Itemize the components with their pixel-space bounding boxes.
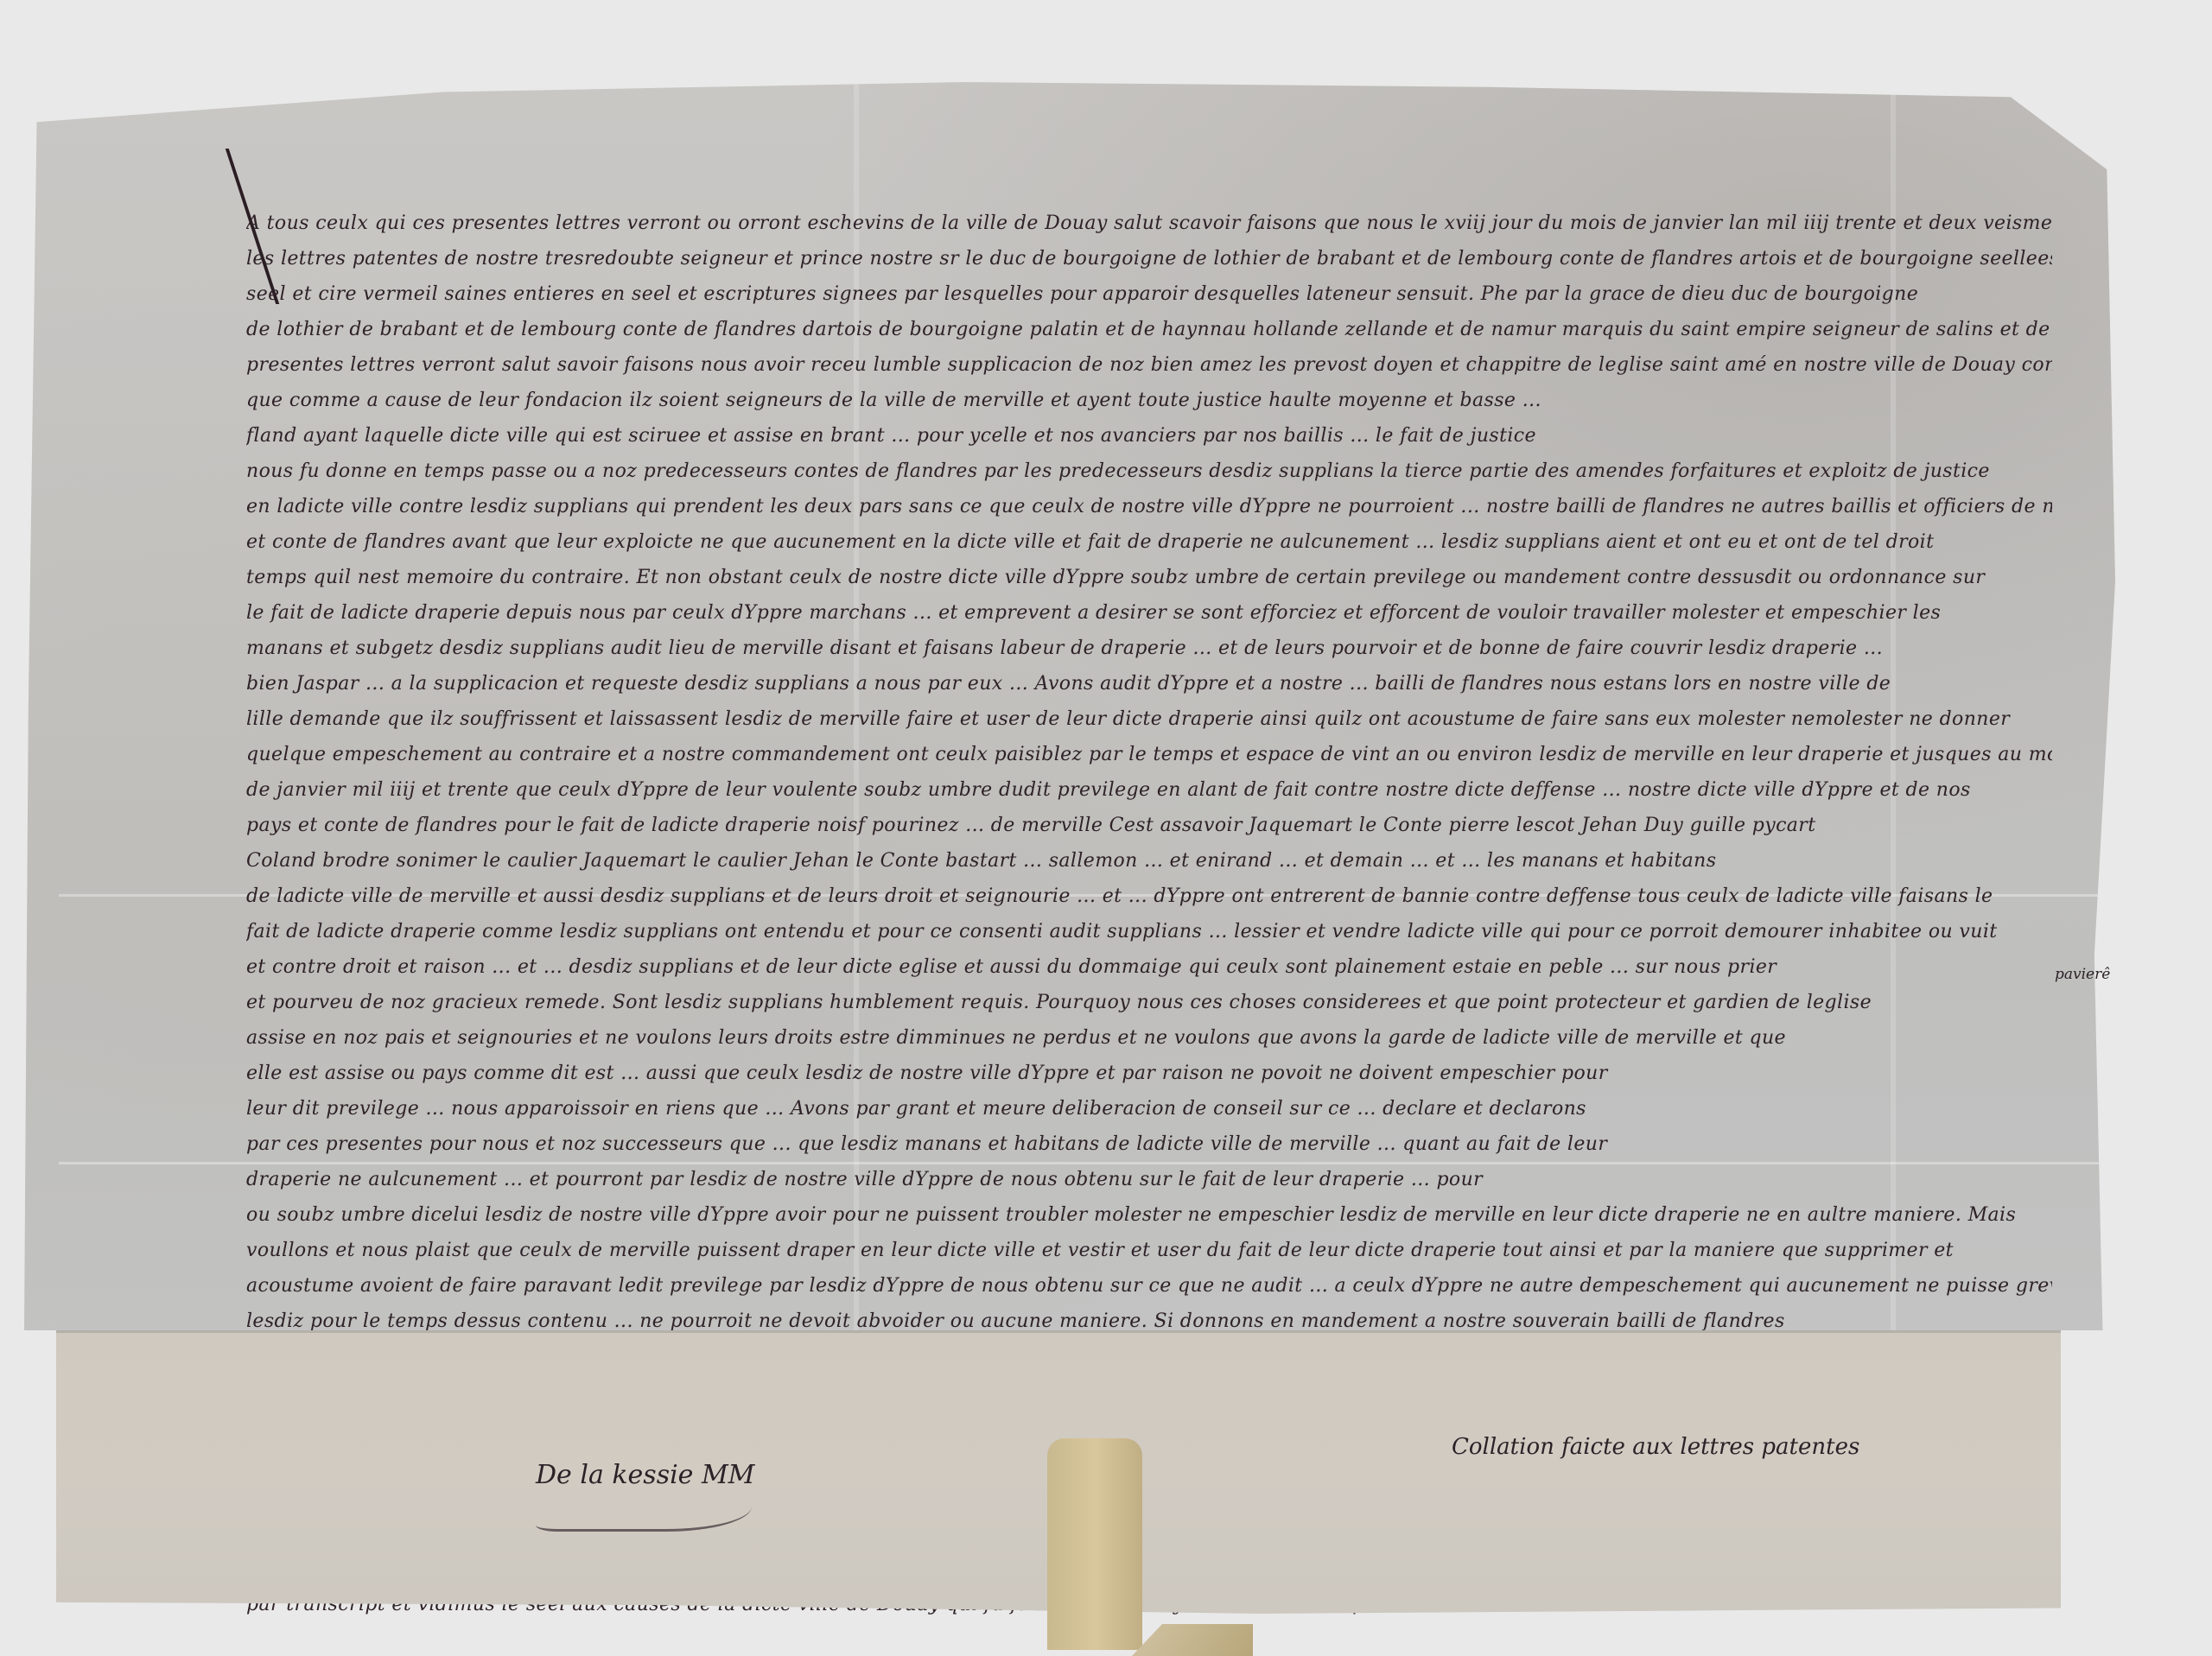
text-line: que comme a cause de leur fondacion ilz …	[246, 383, 2052, 418]
text-line: fait de ladicte draperie comme lesdiz su…	[246, 914, 2052, 949]
text-line: draperie ne aulcunement ... et pourront …	[246, 1162, 2052, 1197]
text-line: leur dit previlege ... nous apparoissoir…	[246, 1091, 2052, 1126]
text-line: voullons et nous plaist que ceulx de mer…	[246, 1233, 2052, 1268]
text-line: manans et subgetz desdiz supplians audit…	[246, 631, 2052, 666]
text-line: bien Jaspar ... a la supplicacion et req…	[246, 666, 2052, 701]
text-line: et conte de flandres avant que leur expl…	[246, 524, 2052, 560]
text-line: de janvier mil iiij et trente que ceulx …	[246, 772, 2052, 808]
text-line: Coland brodre sonimer le caulier Jaquema…	[246, 843, 2052, 879]
text-line: fland ayant laquelle dicte ville qui est…	[246, 418, 2052, 454]
seal-tag-strip	[1047, 1438, 1142, 1650]
text-line: seel et cire vermeil saines entieres en …	[246, 276, 2052, 312]
text-line: et contre droit et raison ... et ... des…	[246, 949, 2052, 985]
text-line: ou soubz umbre dicelui lesdiz de nostre …	[246, 1197, 2052, 1233]
signature-flourish	[536, 1469, 752, 1532]
text-line: les lettres patentes de nostre tresredou…	[246, 241, 2052, 276]
seal-tag-fold	[1132, 1624, 1253, 1656]
collation-note: Collation faicte aux lettres patentes	[1452, 1434, 1859, 1460]
right-margin-annotation: pavierê	[2055, 966, 2110, 983]
text-line: A tous ceulx qui ces presentes lettres v…	[246, 206, 2052, 241]
text-line: de ladicte ville de merville et aussi de…	[246, 879, 2052, 914]
text-line: acoustume avoient de faire paravant ledi…	[246, 1268, 2052, 1304]
text-line: pays et conte de flandres pour le fait d…	[246, 808, 2052, 843]
text-line: assise en noz pais et seignouries et ne …	[246, 1020, 2052, 1056]
text-line: par ces presentes pour nous et noz succe…	[246, 1126, 2052, 1162]
text-line: presentes lettres verront salut savoir f…	[246, 347, 2052, 383]
text-line: lille demande que ilz souffrissent et la…	[246, 701, 2052, 737]
text-line: temps quil nest memoire du contraire. Et…	[246, 560, 2052, 595]
text-line: elle est assise ou pays comme dit est ..…	[246, 1056, 2052, 1091]
text-line: en ladicte ville contre lesdiz supplians…	[246, 489, 2052, 524]
text-line: nous fu donne en temps passe ou a noz pr…	[246, 454, 2052, 489]
text-line: le fait de ladicte draperie depuis nous …	[246, 595, 2052, 631]
text-line: et pourveu de noz gracieux remede. Sont …	[246, 985, 2052, 1020]
text-line: quelque empeschement au contraire et a n…	[246, 737, 2052, 772]
text-line: de lothier de brabant et de lembourg con…	[246, 312, 2052, 347]
